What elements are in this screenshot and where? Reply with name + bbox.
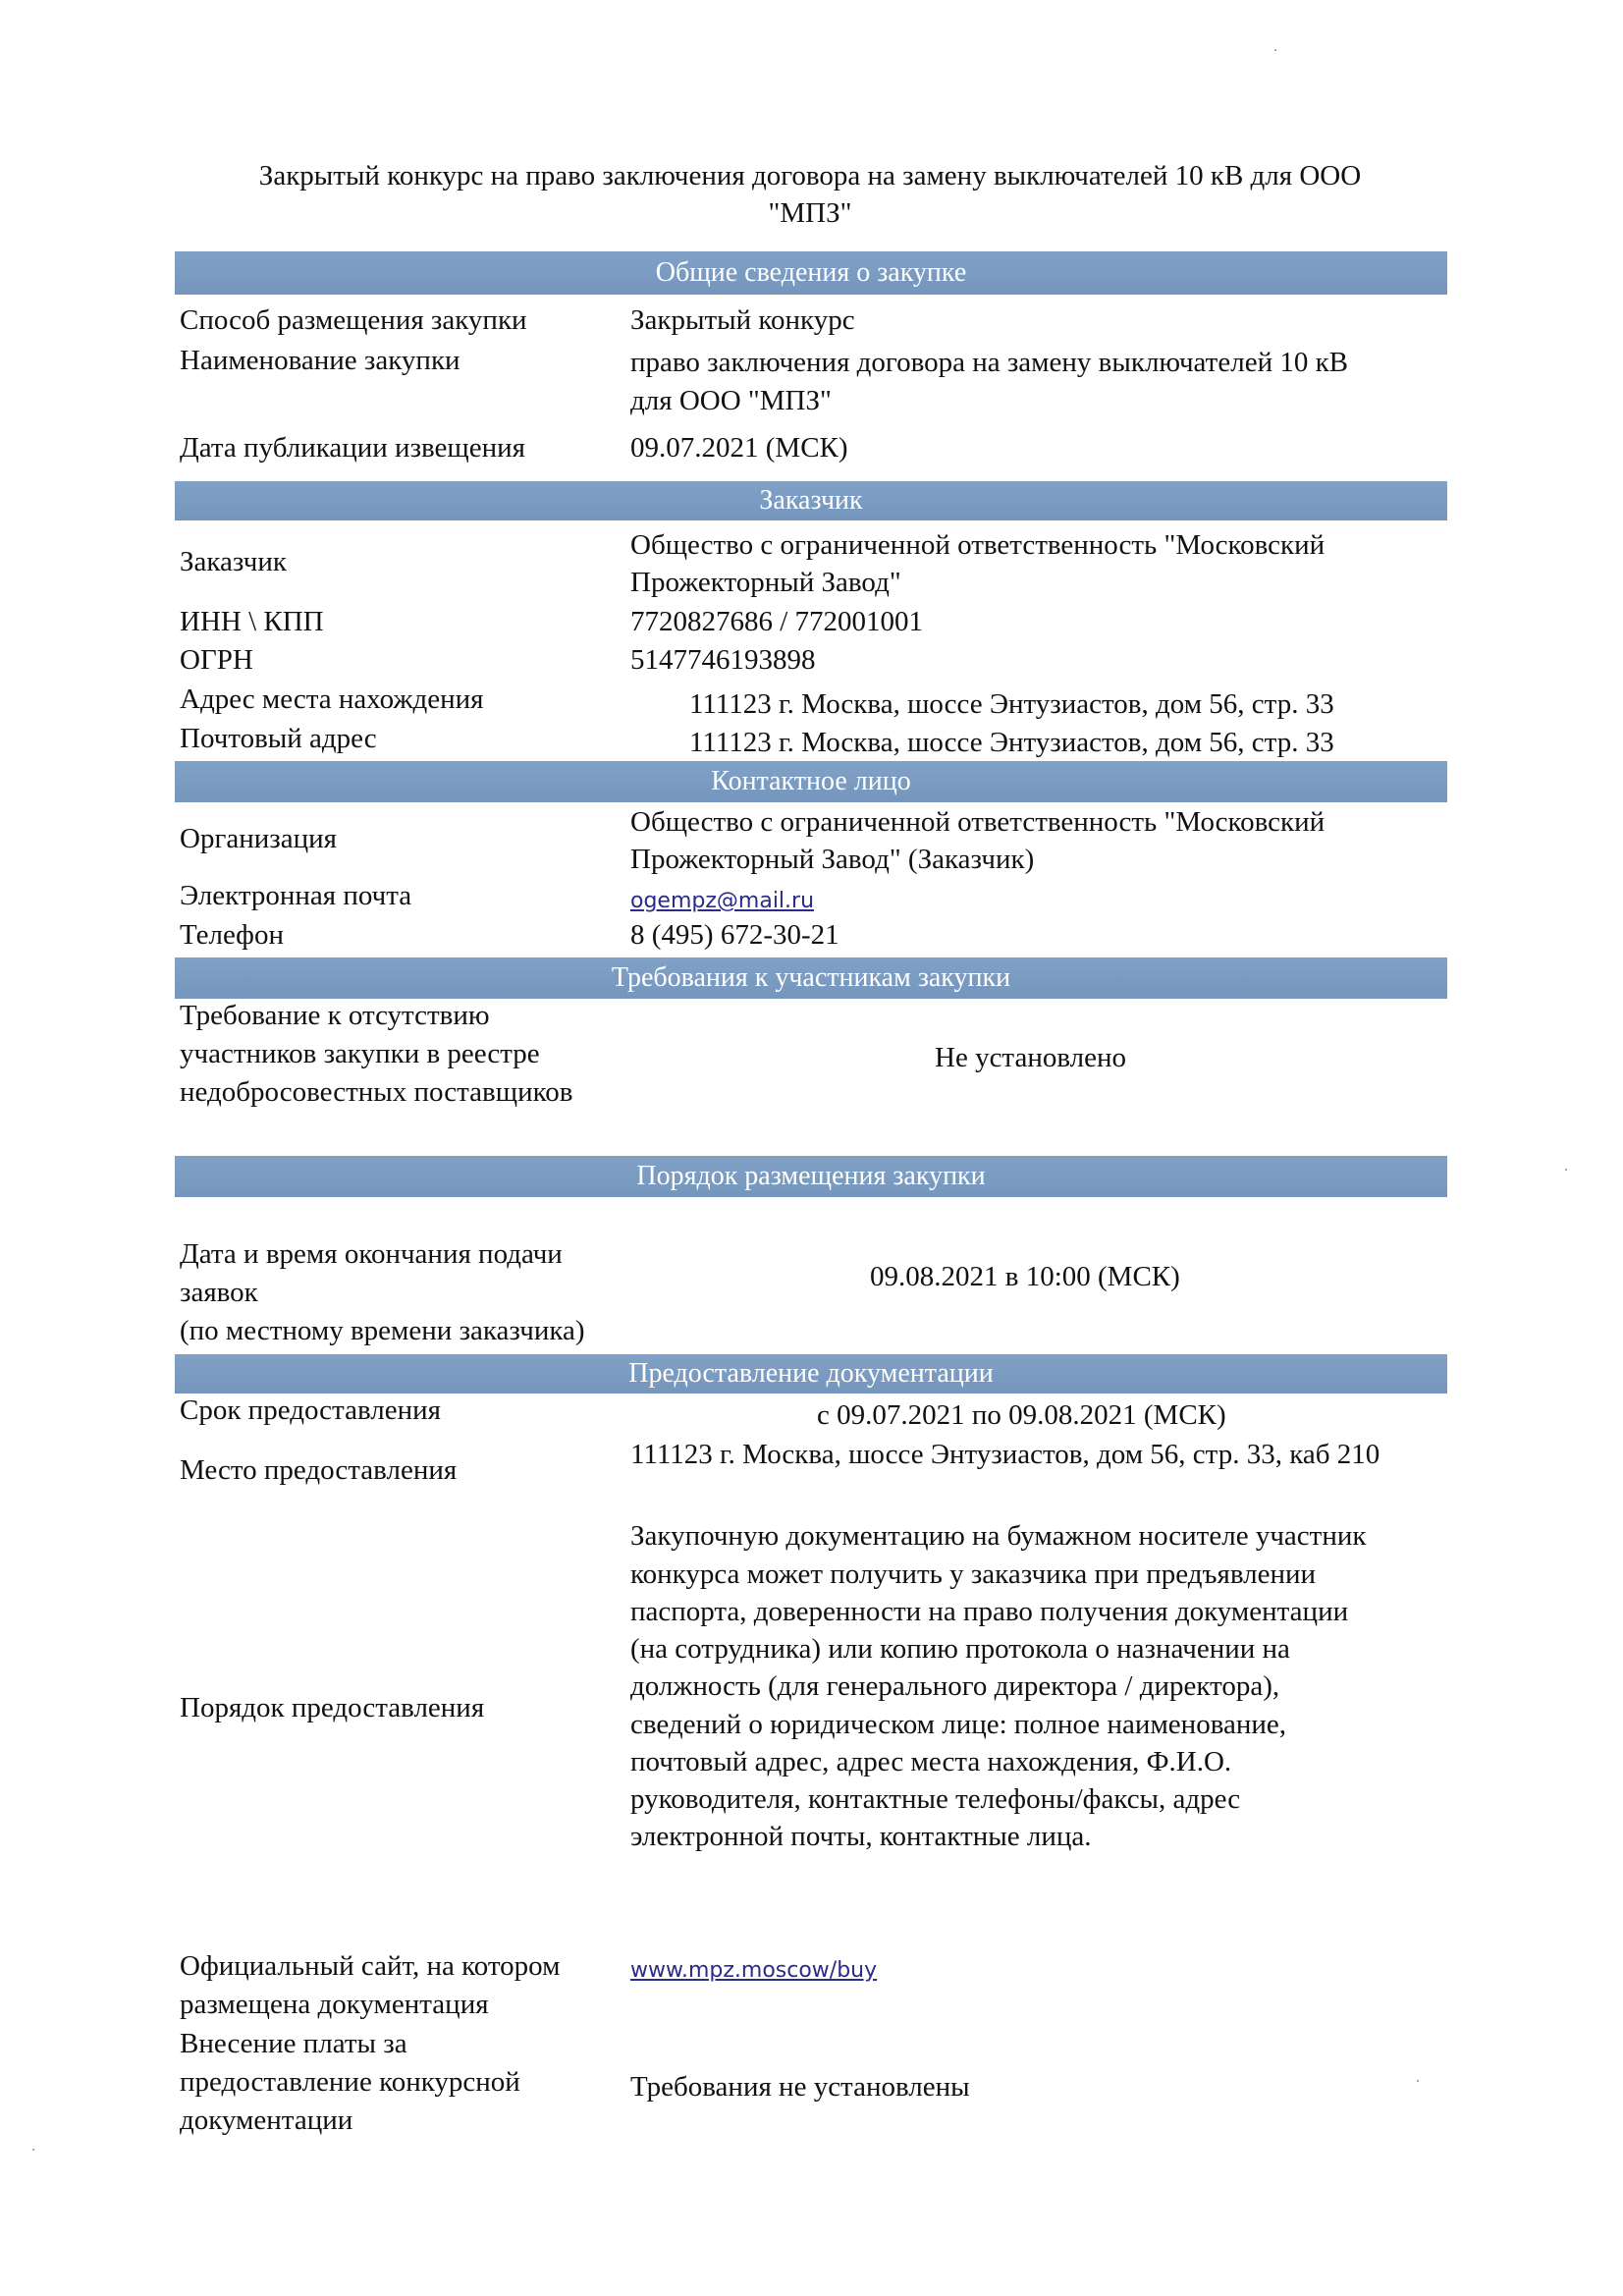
label-official-site-line1: Официальный сайт, на котором [180,1947,560,1986]
label-ogrn: ОГРН [180,641,253,680]
label-procurement-name: Наименование закупки [180,342,460,380]
label-requirement-line2: участников закупки в реестре [180,1035,540,1073]
value-provision-period: с 09.07.2021 по 09.08.2021 (МСК) [817,1396,1226,1435]
value-provision-procedure-line9: электронной почты, контактные лица. [630,1818,1092,1856]
label-deadline-line3: (по местному времени заказчика) [180,1312,585,1350]
label-postal-address: Почтовый адрес [180,720,377,758]
scan-speck [1417,2080,1419,2082]
label-inn-kpp: ИНН \ КПП [180,603,324,641]
label-fee-line1: Внесение платы за [180,2025,407,2063]
label-publication-date: Дата публикации извещения [180,429,525,467]
value-provision-procedure-line8: руководителя, контактные телефоны/факсы,… [630,1780,1240,1819]
value-provision-place: 111123 г. Москва, шоссе Энтузиастов, дом… [630,1436,1380,1474]
value-fee: Требования не установлены [630,2068,970,2106]
label-phone: Телефон [180,916,284,955]
section-header-requirements: Требования к участникам закупки [175,957,1447,999]
label-requirement-line1: Требование к отсутствию [180,997,490,1035]
label-provision-period: Срок предоставления [180,1392,441,1430]
title-line-2: "МПЗ" [177,194,1443,232]
value-provision-procedure-line1: Закупочную документацию на бумажном носи… [630,1517,1366,1556]
value-deadline: 09.08.2021 в 10:00 (МСК) [870,1258,1180,1296]
section-header-procedure: Порядок размещения закупки [175,1156,1447,1197]
scan-speck [1274,49,1276,51]
label-deadline-line1: Дата и время окончания подачи [180,1235,563,1274]
label-procurement-method: Способ размещения закупки [180,301,527,340]
section-header-contact: Контактное лицо [175,761,1447,802]
label-organization: Организация [180,820,337,858]
value-location-address: 111123 г. Москва, шоссе Энтузиастов, дом… [689,685,1334,724]
scan-speck [32,2149,34,2151]
official-site-link[interactable]: www.mpz.moscow/buy [630,1951,877,1990]
value-requirement: Не установлено [935,1039,1126,1077]
value-inn-kpp: 7720827686 / 772001001 [630,603,923,641]
value-provision-procedure-line4: (на сотрудника) или копию протокола о на… [630,1630,1290,1668]
label-requirement-line3: недобросовестных поставщиков [180,1073,572,1112]
document-page: Закрытый конкурс на право заключения дог… [0,0,1623,2296]
value-customer-line1: Общество с ограниченной ответственность … [630,526,1325,565]
label-customer: Заказчик [180,543,287,581]
label-official-site-line2: размещена документация [180,1986,489,2024]
value-postal-address: 111123 г. Москва, шоссе Энтузиастов, дом… [689,724,1334,762]
label-provision-procedure: Порядок предоставления [180,1689,484,1727]
value-provision-procedure-line5: должность (для генерального директора / … [630,1667,1279,1706]
value-provision-procedure-line3: паспорта, доверенности на право получени… [630,1593,1348,1631]
document-title: Закрытый конкурс на право заключения дог… [177,157,1443,232]
label-deadline-line2: заявок [180,1274,258,1312]
value-provision-procedure-line6: сведений о юридическом лице: полное наим… [630,1706,1286,1744]
section-header-customer: Заказчик [175,481,1447,520]
value-publication-date: 09.07.2021 (МСК) [630,429,848,467]
value-customer-line2: Прожекторный Завод" [630,564,901,602]
value-provision-procedure-line7: почтовый адрес, адрес места нахождения, … [630,1743,1231,1781]
value-provision-procedure-line2: конкурса может получить у заказчика при … [630,1556,1316,1594]
label-email: Электронная почта [180,877,411,915]
value-procurement-name-line1: право заключения договора на замену выкл… [630,344,1348,382]
email-link[interactable]: ogempz@mail.ru [630,882,814,920]
title-line-1: Закрытый конкурс на право заключения дог… [177,157,1443,194]
label-fee-line2: предоставление конкурсной [180,2063,520,2102]
scan-speck [1565,1169,1567,1171]
value-organization-line1: Общество с ограниченной ответственность … [630,803,1325,842]
label-provision-place: Место предоставления [180,1451,457,1490]
value-phone: 8 (495) 672-30-21 [630,916,839,955]
label-location-address: Адрес места нахождения [180,681,483,719]
section-header-general: Общие сведения о закупке [175,251,1447,295]
value-ogrn: 5147746193898 [630,641,816,680]
value-organization-line2: Прожекторный Завод" (Заказчик) [630,841,1034,879]
value-procurement-name-line2: для ООО "МПЗ" [630,382,832,420]
label-fee-line3: документации [180,2102,352,2140]
section-header-documentation: Предоставление документации [175,1354,1447,1394]
value-procurement-method: Закрытый конкурс [630,301,855,340]
